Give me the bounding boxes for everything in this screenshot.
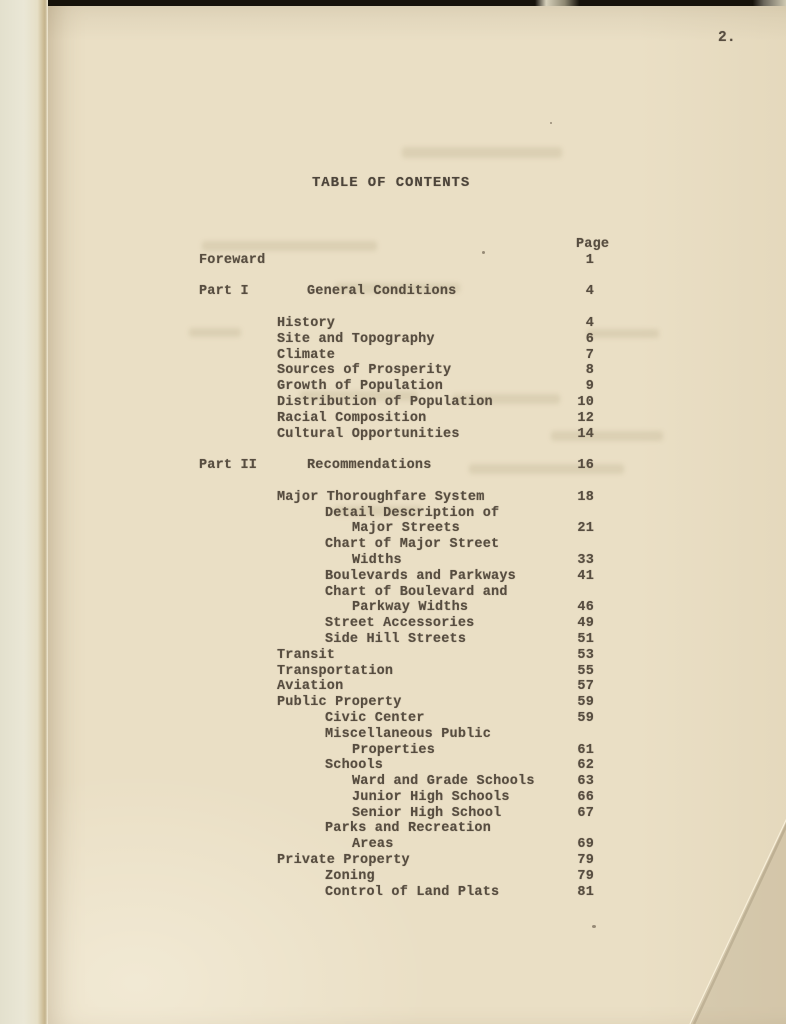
toc-entry-label: Miscellaneous Public <box>325 727 491 742</box>
toc-entry-label: Senior High School <box>352 806 501 821</box>
toc-entry-page: 63 <box>577 774 594 789</box>
toc-entry-label: Recommendations <box>307 458 432 473</box>
toc-entry-page: 6 <box>586 332 594 347</box>
toc-entry-label: Distribution of Population <box>277 395 493 410</box>
toc-row: Parkway Widths 46 <box>199 600 594 616</box>
toc-entry-label: Private Property <box>277 853 410 868</box>
toc-row: Transportation 55 <box>199 664 594 680</box>
toc-entry-label: Major Streets <box>352 521 460 536</box>
toc-row: Senior High School 67 <box>199 806 594 822</box>
toc-row: History 4 <box>199 316 594 332</box>
toc-entry-page: 9 <box>586 379 594 394</box>
ink-bleed-smudge <box>402 147 562 158</box>
toc-row: Climate 7 <box>199 348 594 364</box>
toc-entry-label: Parkway Widths <box>352 600 468 615</box>
toc-entry-page: 7 <box>586 348 594 363</box>
toc-row: Areas 69 <box>199 837 594 853</box>
toc-row: Zoning 79 <box>199 869 594 885</box>
toc-row: Street Accessories 49 <box>199 616 594 632</box>
toc-entry-page: 69 <box>577 837 594 852</box>
toc-entry-page: 49 <box>577 616 594 631</box>
toc-entry-page: 1 <box>586 253 594 268</box>
toc-entry-page: 14 <box>577 427 594 442</box>
toc-entry-label: Side Hill Streets <box>325 632 466 647</box>
toc-entry-page: 62 <box>577 758 594 773</box>
toc-row: Aviation 57 <box>199 679 594 695</box>
toc-entry-label: Transit <box>277 648 335 663</box>
table-of-contents: Page Foreward 1 Part I General Condition… <box>199 237 594 900</box>
toc-entry-label: Racial Composition <box>277 411 426 426</box>
toc-entry-label: Growth of Population <box>277 379 443 394</box>
toc-row: Miscellaneous Public <box>199 727 594 743</box>
toc-entry-label: Zoning <box>325 869 375 884</box>
toc-entry-label: General Conditions <box>307 284 456 299</box>
toc-entry-label: Site and Topography <box>277 332 435 347</box>
toc-row: Major Streets 21 <box>199 521 594 537</box>
toc-row: Transit 53 <box>199 648 594 664</box>
toc-entry-page: 18 <box>577 490 594 505</box>
toc-entry-page: 51 <box>577 632 594 647</box>
toc-row: Distribution of Population 10 <box>199 395 594 411</box>
toc-entry-page: 21 <box>577 521 594 536</box>
toc-entry-label: Detail Description of <box>325 506 499 521</box>
toc-entry-page: 59 <box>577 711 594 726</box>
underlying-page-edge <box>0 0 48 1024</box>
toc-entry-label: Widths <box>352 553 402 568</box>
toc-entry-page: 4 <box>586 316 594 331</box>
toc-row: Widths 33 <box>199 553 594 569</box>
toc-row: Properties 61 <box>199 743 594 759</box>
document-page: 2. TABLE OF CONTENTS Page Foreward 1 Par… <box>48 0 786 1024</box>
toc-entry-label: Schools <box>325 758 383 773</box>
toc-entry-page: 67 <box>577 806 594 821</box>
toc-row: Cultural Opportunities 14 <box>199 427 594 443</box>
toc-entry-label: Ward and Grade Schools <box>352 774 535 789</box>
toc-entry-page: 12 <box>577 411 594 426</box>
toc-entry-page: 41 <box>577 569 594 584</box>
toc-entry-page: 16 <box>577 458 594 473</box>
toc-entry-label: Major Thoroughfare System <box>277 490 485 505</box>
toc-row: Foreward 1 <box>199 253 594 269</box>
toc-entry-label: Climate <box>277 348 335 363</box>
toc-entry-page: 53 <box>577 648 594 663</box>
toc-entry-label: Street Accessories <box>325 616 474 631</box>
toc-row: Site and Topography 6 <box>199 332 594 348</box>
toc-row: Chart of Boulevard and <box>199 585 594 601</box>
toc-entry-page: 10 <box>577 395 594 410</box>
toc-row: Growth of Population 9 <box>199 379 594 395</box>
toc-entry-label: Control of Land Plats <box>325 885 499 900</box>
page-corner-fold <box>644 780 786 1024</box>
toc-entry-label: Aviation <box>277 679 343 694</box>
toc-entry-page: 46 <box>577 600 594 615</box>
toc-entry-label: Properties <box>352 743 435 758</box>
toc-row: Part I General Conditions 4 <box>199 284 594 300</box>
toc-entry-page: 66 <box>577 790 594 805</box>
toc-entry-label: Chart of Major Street <box>325 537 499 552</box>
toc-entry-page: 81 <box>577 885 594 900</box>
toc-part-label: Foreward <box>199 253 265 268</box>
toc-entry-label: Areas <box>352 837 394 852</box>
toc-entry-page: 8 <box>586 363 594 378</box>
toc-part-label: Part II <box>199 458 257 473</box>
toc-entry-label: Cultural Opportunities <box>277 427 460 442</box>
toc-entry-label: History <box>277 316 335 331</box>
toc-entry-label: Civic Center <box>325 711 425 726</box>
toc-entry-page: 55 <box>577 664 594 679</box>
toc-row: Chart of Major Street <box>199 537 594 553</box>
toc-row: Junior High Schools 66 <box>199 790 594 806</box>
toc-row: Side Hill Streets 51 <box>199 632 594 648</box>
toc-entry-page: 4 <box>586 284 594 299</box>
corner-page-number: 2. <box>718 30 736 46</box>
toc-row: Ward and Grade Schools 63 <box>199 774 594 790</box>
page-title: TABLE OF CONTENTS <box>312 175 470 191</box>
toc-row: Major Thoroughfare System 18 <box>199 490 594 506</box>
toc-entry-page: 57 <box>577 679 594 694</box>
paper-speck <box>550 122 552 124</box>
toc-entry-label: Parks and Recreation <box>325 821 491 836</box>
toc-entry-page: 79 <box>577 853 594 868</box>
toc-row: Racial Composition 12 <box>199 411 594 427</box>
toc-row: Boulevards and Parkways 41 <box>199 569 594 585</box>
book-scan: 2. TABLE OF CONTENTS Page Foreward 1 Par… <box>0 0 786 1024</box>
toc-row: Private Property 79 <box>199 853 594 869</box>
toc-part-label: Part I <box>199 284 249 299</box>
toc-entry-page: 61 <box>577 743 594 758</box>
toc-row: Parks and Recreation <box>199 821 594 837</box>
toc-rows: Foreward 1 Part I General Conditions 4 H… <box>199 253 594 901</box>
toc-entry-label: Public Property <box>277 695 402 710</box>
toc-row: Civic Center 59 <box>199 711 594 727</box>
toc-entry-page: 33 <box>577 553 594 568</box>
toc-entry-label: Transportation <box>277 664 393 679</box>
toc-row: Control of Land Plats 81 <box>199 885 594 901</box>
toc-entry-label: Chart of Boulevard and <box>325 585 508 600</box>
ink-bleed-smudge <box>587 329 659 338</box>
paper-speck <box>592 925 596 928</box>
book-top-edge-shadow <box>48 0 786 6</box>
toc-entry-label: Sources of Prosperity <box>277 363 451 378</box>
toc-row: Detail Description of <box>199 506 594 522</box>
toc-entry-page: 79 <box>577 869 594 884</box>
toc-row: Part II Recommendations 16 <box>199 458 594 474</box>
page-column-header: Page <box>576 237 594 253</box>
toc-entry-label: Junior High Schools <box>352 790 510 805</box>
toc-entry-page: 59 <box>577 695 594 710</box>
toc-row: Sources of Prosperity 8 <box>199 363 594 379</box>
toc-entry-label: Boulevards and Parkways <box>325 569 516 584</box>
toc-row: Public Property 59 <box>199 695 594 711</box>
toc-row: Schools 62 <box>199 758 594 774</box>
